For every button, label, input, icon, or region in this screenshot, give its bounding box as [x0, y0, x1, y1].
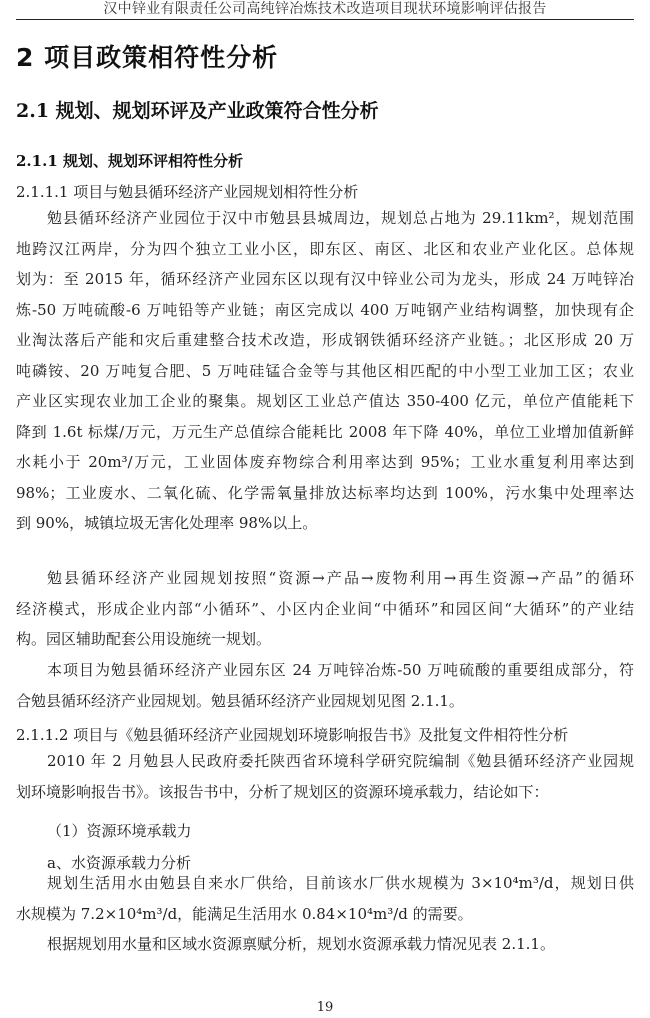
text-line: 地跨汉江两岸，分为四个独立工业小区，即东区、南区、北区和农业产业化区。总体规	[16, 234, 634, 265]
subsubsection-title-1: 2.1.1.1 项目与勉县循环经济产业园规划相符性分析	[16, 181, 358, 202]
text-line: 业淘汰落后产能和灾后重建整合技术改造，形成钢铁循环经济产业链。；北区形成 20 …	[16, 325, 634, 356]
page-number: 19	[0, 1000, 650, 1015]
paragraph-park-overview: 勉县循环经济产业园位于汉中市勉县县城周边，规划总占地为 29.11km²，规划范…	[16, 203, 634, 539]
paragraph-water-supply: 规划生活用水由勉县自来水厂供给，目前该水厂供水规模为 3×10⁴m³/d，规划日…	[16, 868, 634, 929]
text-line: 水规模为 7.2×10⁴m³/d，能满足生活用水 0.84×10⁴m³/d 的需…	[16, 899, 634, 930]
text-line: 降到 1.6t 标煤/万元，万元生产总值综合能耗比 2008 年下降 40%，单…	[16, 417, 634, 448]
running-header: 汉中锌业有限责任公司高纯锌冶炼技术改造项目现状环境影响评估报告	[16, 0, 634, 19]
text-line: 构。园区辅助配套公用设施统一规划。	[16, 624, 634, 655]
text-line: 水耗小于 20m³/万元，工业固体废弃物综合利用率达到 95%；工业水重复利用率…	[16, 447, 634, 478]
subsubsection-title-2: 2.1.1.2 项目与《勉县循环经济产业园规划环境影响报告书》及批复文件相符性分…	[16, 724, 568, 745]
text-line: 炼-50 万吨硫酸-6 万吨铅等产业链；南区完成以 400 万吨钢产业结构调整，…	[16, 295, 634, 326]
paragraph-circular-model: 勉县循环经济产业园规划按照“资源→产品→废物利用→再生资源→产品”的循环 经济模…	[16, 563, 634, 655]
paragraph-project-conformity: 本项目为勉县循环经济产业园东区 24 万吨锌冶炼-50 万吨硫酸的重要组成部分，…	[16, 655, 634, 716]
text-line: 勉县循环经济产业园规划按照“资源→产品→废物利用→再生资源→产品”的循环	[16, 563, 634, 594]
header-rule	[16, 19, 634, 20]
text-line: 划环境影响报告书》。该报告书中，分析了规划区的资源环境承载力，结论如下：	[16, 777, 634, 808]
text-line: 合勉县循环经济产业园规划。勉县循环经济产业园规划见图 2.1.1。	[16, 686, 634, 717]
text-line: 根据规划用水量和区域水资源禀赋分析，规划水资源承载力情况见表 2.1.1。	[16, 929, 634, 960]
text-line: 2010 年 2 月勉县人民政府委托陕西省环境科学研究院编制《勉县循环经济产业园…	[16, 746, 634, 777]
text-line: 吨磷铵、20 万吨复合肥、5 万吨硅锰合金等与其他区相匹配的中小型工业加工区；农…	[16, 356, 634, 387]
text-line: 到 90%，城镇垃圾无害化处理率 98%以上。	[16, 508, 634, 539]
text-line: 划为：至 2015 年，循环经济产业园东区以现有汉中锌业公司为龙头，形成 24 …	[16, 264, 634, 295]
text-line: 规划生活用水由勉县自来水厂供给，目前该水厂供水规模为 3×10⁴m³/d，规划日…	[16, 868, 634, 899]
subsection-title: 2.1.1 规划、规划环评相符性分析	[16, 150, 243, 171]
text-line: 98%；工业废水、二氧化硫、化学需氧量排放达标率均达到 100%，污水集中处理率…	[16, 478, 634, 509]
text-line: 经济模式，形成企业内部“小循环”、小区内企业间“中循环”和园区间“大循环”的产业…	[16, 594, 634, 625]
text-line: 本项目为勉县循环经济产业园东区 24 万吨锌冶炼-50 万吨硫酸的重要组成部分，…	[16, 655, 634, 686]
text-line: 产业区实现农业加工企业的聚集。规划区工业总产值达 350-400 亿元，单位产值…	[16, 386, 634, 417]
paragraph-water-table-ref: 根据规划用水量和区域水资源禀赋分析，规划水资源承载力情况见表 2.1.1。	[16, 929, 634, 960]
chapter-title: 2 项目政策相符性分析	[16, 38, 278, 74]
section-title: 2.1 规划、规划环评及产业政策符合性分析	[16, 96, 379, 123]
paragraph-eia-report: 2010 年 2 月勉县人民政府委托陕西省环境科学研究院编制《勉县循环经济产业园…	[16, 746, 634, 807]
list-item-resource-capacity: （1）资源环境承载力	[47, 820, 192, 841]
text-line: 勉县循环经济产业园位于汉中市勉县县城周边，规划总占地为 29.11km²，规划范…	[16, 203, 634, 234]
